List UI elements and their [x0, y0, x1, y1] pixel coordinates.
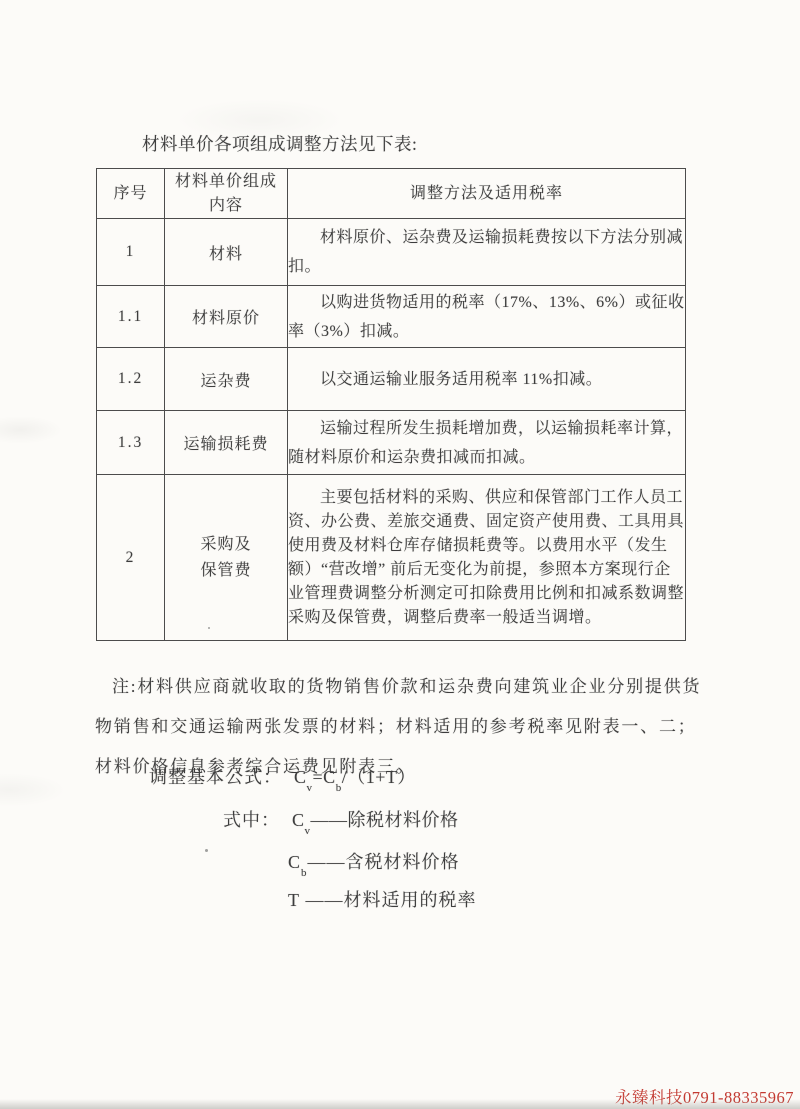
cell-item: 采购及 保管费 [165, 475, 288, 641]
cell-no: 1.3 [97, 411, 165, 475]
def-description: ——含税材料价格 [308, 852, 460, 872]
formula-def-cv: Cv——除税材料价格 [292, 810, 459, 830]
column-header-no: 序号 [97, 169, 165, 219]
table-row: 2 采购及 保管费 主要包括材料的采购、供应和保管部门工作人员工资、办公费、差旅… [97, 475, 686, 641]
formula-rhs: C [323, 767, 336, 787]
cell-item-line1: 采购及 [165, 532, 287, 558]
cell-item: 材料原价 [165, 286, 288, 348]
cell-no: 1 [97, 219, 165, 286]
cell-method: 材料原价、运杂费及运输损耗费按以下方法分别减扣。 [288, 219, 686, 286]
scanned-document-page: 材料单价各项组成调整方法见下表: 序号 材料单价组成 内容 调整方法及适用税率 … [0, 0, 800, 1109]
cell-no: 2 [97, 475, 165, 641]
formula-base-line: 调整基本公式：Cv=Cb/（1+T） [149, 763, 416, 789]
formula-def-cb-line: Cb——含税材料价格 [288, 848, 460, 874]
formula-where-line: 式中：Cv——除税材料价格 [223, 806, 459, 832]
scan-speck [205, 849, 208, 852]
cell-method: 主要包括材料的采购、供应和保管部门工作人员工资、办公费、差旅交通费、固定资产使用… [288, 475, 686, 641]
table-header-row: 序号 材料单价组成 内容 调整方法及适用税率 [97, 169, 686, 219]
def-symbol: C [292, 810, 305, 830]
column-header-method: 调整方法及适用税率 [288, 169, 686, 219]
formula-label: 调整基本公式： [149, 767, 282, 787]
cell-item: 运输损耗费 [165, 411, 288, 475]
page-title: 材料单价各项组成调整方法见下表: [142, 131, 417, 156]
scan-bottom-edge [0, 1099, 800, 1109]
formula-operator: = [313, 767, 324, 787]
table-row: 1.2 运杂费 以交通运输业服务适用税率 11%扣减。 [97, 348, 686, 411]
column-header-item-line1: 材料单价组成 [175, 173, 277, 190]
cell-no: 1.1 [97, 286, 165, 348]
formula-lhs-subscript: v [307, 782, 313, 794]
def-subscript: v [305, 825, 311, 837]
def-subscript: b [301, 867, 308, 879]
column-header-item: 材料单价组成 内容 [165, 169, 288, 219]
table-row: 1.1 材料原价 以购进货物适用的税率（17%、13%、6%）或征收率（3%）扣… [97, 286, 686, 348]
cell-method-text: 以交通运输业服务适用税率 11%扣减。 [288, 365, 685, 394]
cell-method-text: 材料原价、运杂费及运输损耗费按以下方法分别减扣。 [288, 223, 685, 281]
adjustment-method-table: 序号 材料单价组成 内容 调整方法及适用税率 1 材料 材料原价、运杂费及运输损… [96, 168, 686, 641]
formula-rhs-subscript: b [336, 782, 342, 794]
def-description: ——除税材料价格 [311, 810, 459, 830]
def-symbol: C [288, 852, 301, 872]
cell-method: 以交通运输业服务适用税率 11%扣减。 [288, 348, 686, 411]
formula-def-cb: Cb——含税材料价格 [288, 852, 460, 872]
cell-method-text: 主要包括材料的采购、供应和保管部门工作人员工资、办公费、差旅交通费、固定资产使用… [288, 486, 685, 630]
cell-method: 运输过程所发生损耗增加费，以运输损耗率计算，随材料原价和运杂费扣减而扣减。 [288, 411, 686, 475]
formula-lhs: C [294, 767, 307, 787]
cell-item: 运杂费 [165, 348, 288, 411]
def-description: ——材料适用的税率 [300, 890, 477, 910]
formula-where-label: 式中： [223, 810, 280, 830]
def-symbol: T [288, 890, 300, 910]
cell-no: 1.2 [97, 348, 165, 411]
table-row: 1 材料 材料原价、运杂费及运输损耗费按以下方法分别减扣。 [97, 219, 686, 286]
cell-item: 材料 [165, 219, 288, 286]
table-row: 1.3 运输损耗费 运输过程所发生损耗增加费，以运输损耗率计算，随材料原价和运杂… [97, 411, 686, 475]
cell-method: 以购进货物适用的税率（17%、13%、6%）或征收率（3%）扣减。 [288, 286, 686, 348]
scan-speck [208, 627, 210, 629]
formula-expression: Cv=Cb/（1+T） [294, 767, 416, 787]
formula-def-t-line: T ——材料适用的税率 [288, 886, 477, 912]
column-header-item-line2: 内容 [209, 197, 243, 214]
formula-def-t: T ——材料适用的税率 [288, 890, 477, 910]
cell-method-text: 运输过程所发生损耗增加费，以运输损耗率计算，随材料原价和运杂费扣减而扣减。 [288, 414, 685, 472]
cell-method-text: 以购进货物适用的税率（17%、13%、6%）或征收率（3%）扣减。 [288, 288, 685, 346]
formula-tail: /（1+T） [342, 767, 416, 787]
cell-item-line2: 保管费 [165, 558, 287, 584]
